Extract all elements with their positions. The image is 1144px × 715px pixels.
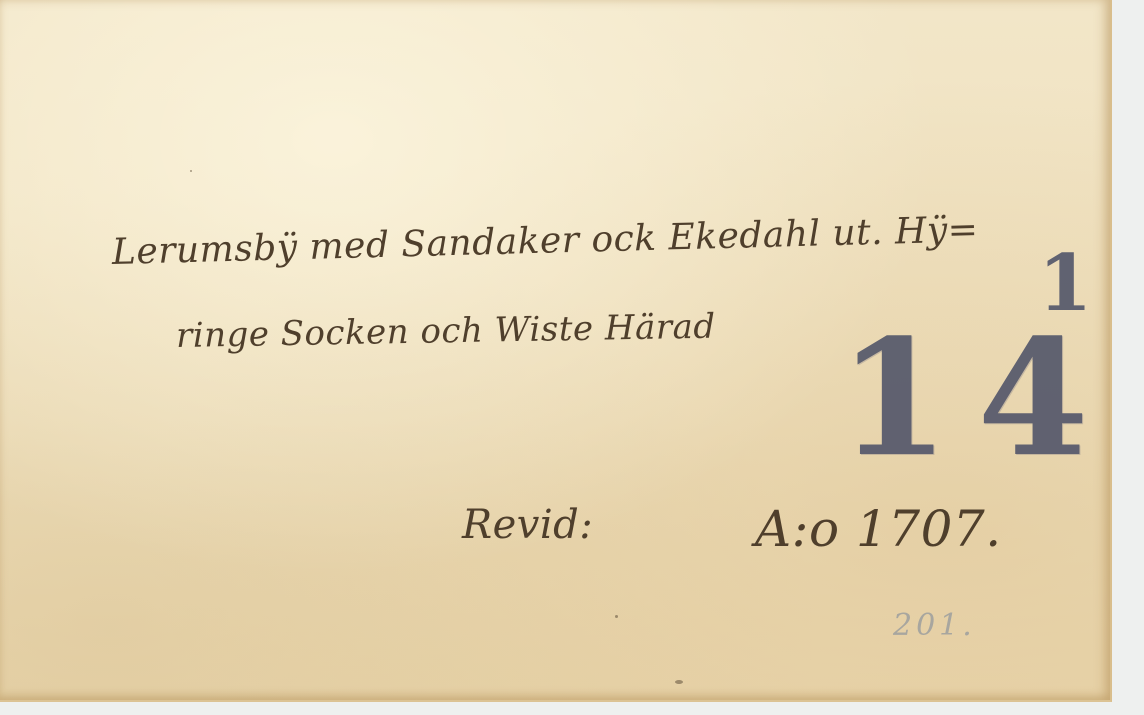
inscription-line-1: Lerumsbÿ med Sandaker ock Ekedahl ut. Hÿ… [111,209,978,273]
ink-speck [190,170,192,172]
pencil-page-number: 201. [893,608,976,643]
inscription-line-2: ringe Socken och Wiste Härad [176,307,716,356]
ink-speck [615,615,618,618]
revision-label: Revid: [462,502,593,548]
year-label: A:o 1707. [755,500,1002,558]
stamp-number: 14 [838,318,1117,478]
paper-sheet: Lerumsbÿ med Sandaker ock Ekedahl ut. Hÿ… [0,0,1112,702]
scanned-page: Lerumsbÿ med Sandaker ock Ekedahl ut. Hÿ… [0,0,1144,715]
ink-speck [675,680,683,684]
